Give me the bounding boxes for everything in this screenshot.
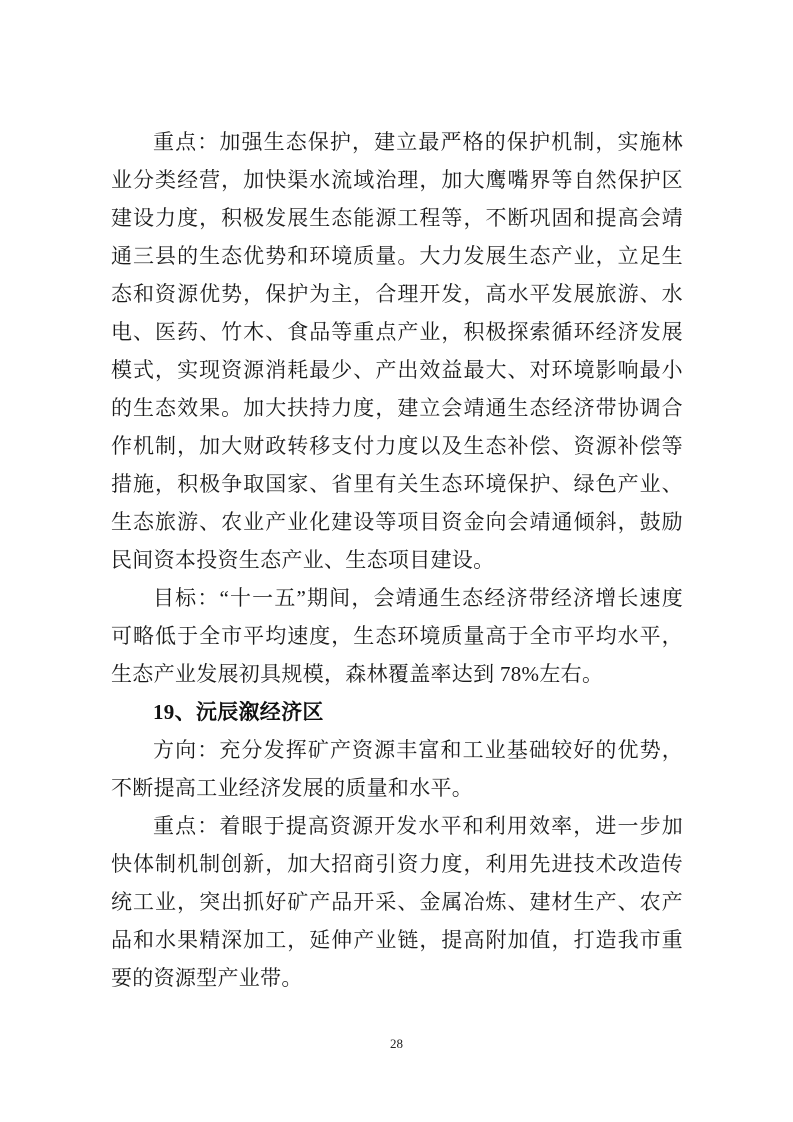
- paragraph-direction: 方向：充分发挥矿产资源丰富和工业基础较好的优势，不断提高工业经济发展的质量和水平…: [111, 731, 683, 807]
- section-heading-economic-zone-19: 19、沅辰溆经济区: [111, 693, 683, 731]
- paragraph-key-points-eco: 重点：加强生态保护，建立最严格的保护机制，实施林业分类经营，加快渠水流域治理，加…: [111, 123, 683, 579]
- paragraph-key-points-industry: 重点：着眼于提高资源开发水平和利用效率，进一步加快体制机制创新，加大招商引资力度…: [111, 807, 683, 997]
- page-number: 28: [0, 1036, 793, 1052]
- document-body: 重点：加强生态保护，建立最严格的保护机制，实施林业分类经营，加快渠水流域治理，加…: [111, 123, 683, 997]
- paragraph-goals-eco: 目标：“十一五”期间，会靖通生态经济带经济增长速度可略低于全市平均速度，生态环境…: [111, 579, 683, 693]
- document-page: 重点：加强生态保护，建立最严格的保护机制，实施林业分类经营，加快渠水流域治理，加…: [0, 0, 793, 1122]
